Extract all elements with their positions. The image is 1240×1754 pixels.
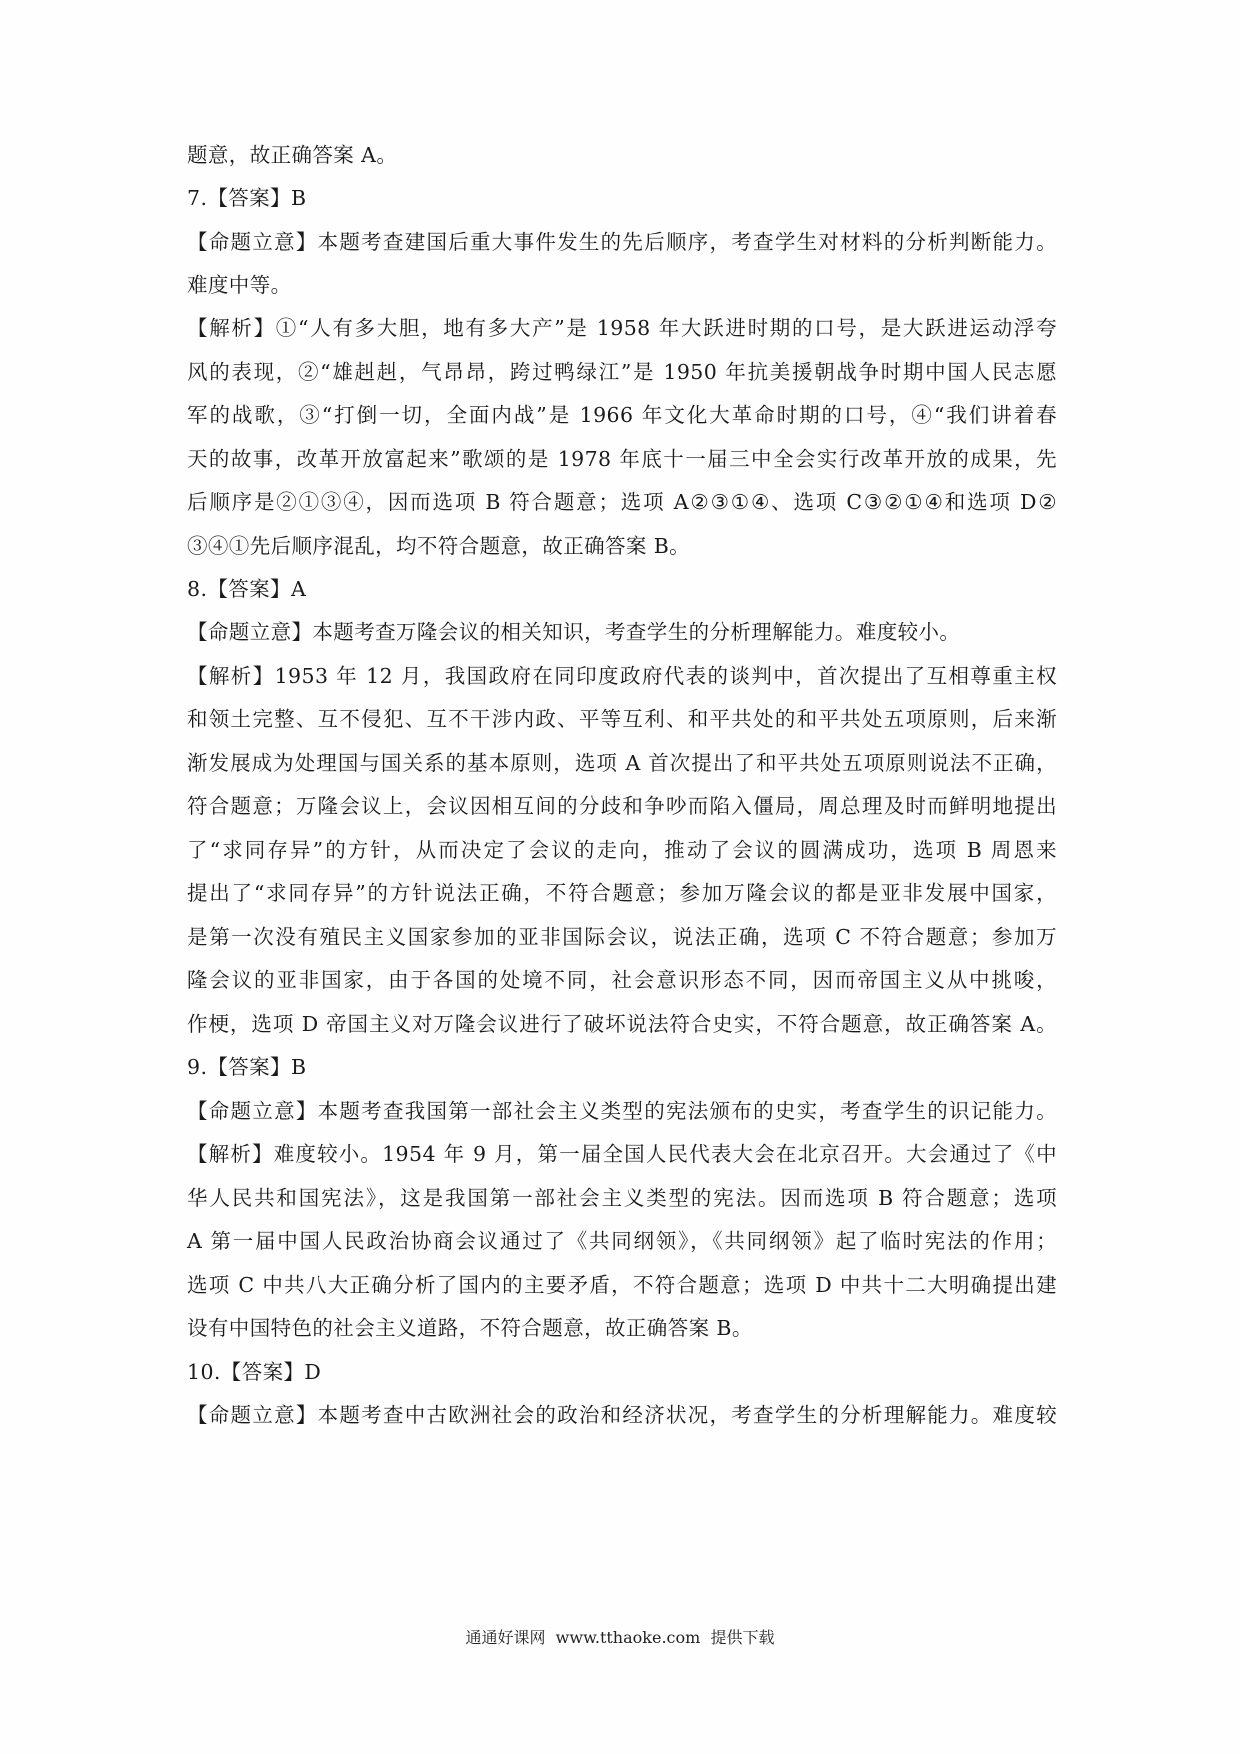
text-line: 【解析】1953 年 12 月，我国政府在同印度政府代表的谈判中，首次提出了互相… [187,661,1057,691]
text-line: 提出了“求同存异”的方针说法正确，不符合题意；参加万隆会议的都是亚非发展中国家， [187,878,1057,908]
text-line: 【命题立意】本题考查中古欧洲社会的政治和经济状况，考查学生的分析理解能力。难度较 [187,1400,1057,1430]
text-line: 天的故事，改革开放富起来”歌颂的是 1978 年底十一届三中全会实行改革开放的成… [187,444,1057,474]
text-line: A 第一届中国人民政治协商会议通过了《共同纲领》，《共同纲领》起了临时宪法的作用… [187,1226,1057,1256]
text-line: 【命题立意】本题考查万隆会议的相关知识，考查学生的分析理解能力。难度较小。 [187,617,1057,647]
text-line: 8.【答案】A [187,574,1057,604]
text-line: 难度中等。 [187,270,1057,300]
text-line: 【命题立意】本题考查我国第一部社会主义类型的宪法颁布的史实，考查学生的识记能力。 [187,1096,1057,1126]
text-line: 华人民共和国宪法》，这是我国第一部社会主义类型的宪法。因而选项 B 符合题意；选… [187,1183,1057,1213]
text-line: 和领土完整、互不侵犯、互不干涉内政、平等互利、和平共处的和平共处五项原则，后来渐 [187,704,1057,734]
document-page: 题意，故正确答案 A。7.【答案】B【命题立意】本题考查建国后重大事件发生的先后… [0,0,1240,1754]
text-line: 【解析】难度较小。1954 年 9 月，第一届全国人民代表大会在北京召开。大会通… [187,1139,1057,1169]
text-line: 隆会议的亚非国家，由于各国的处境不同，社会意识形态不同，因而帝国主义从中挑唆， [187,965,1057,995]
text-line: 选项 C 中共八大正确分析了国内的主要矛盾，不符合题意；选项 D 中共十二大明确… [187,1270,1057,1300]
text-line: 7.【答案】B [187,183,1057,213]
text-line: ③④①先后顺序混乱，均不符合题意，故正确答案 B。 [187,531,1057,561]
text-line: 了“求同存异”的方针，从而决定了会议的走向，推动了会议的圆满成功，选项 B 周恩… [187,835,1057,865]
text-line: 题意，故正确答案 A。 [187,140,1057,170]
text-line: 后顺序是②①③④，因而选项 B 符合题意；选项 A②③①④、选项 C③②①④和选… [187,487,1057,517]
text-line: 9.【答案】B [187,1052,1057,1082]
text-line: 渐发展成为处理国与国关系的基本原则，选项 A 首次提出了和平共处五项原则说法不正… [187,748,1057,778]
text-line: 【解析】①“人有多大胆，地有多大产”是 1958 年大跃进时期的口号，是大跃进运… [187,313,1057,343]
page-footer: 通通好课网 www.tthaoke.com 提供下载 [0,1625,1240,1648]
text-line: 风的表现，②“雄赳赳，气昂昂，跨过鸭绿江”是 1950 年抗美援朝战争时期中国人… [187,357,1057,387]
text-line: 设有中国特色的社会主义道路，不符合题意，故正确答案 B。 [187,1313,1057,1343]
text-line: 军的战歌，③“打倒一切，全面内战”是 1966 年文化大革命时期的口号，④“我们… [187,400,1057,430]
text-line: 10.【答案】D [187,1357,1057,1387]
text-line: 符合题意；万隆会议上，会议因相互间的分歧和争吵而陷入僵局，周总理及时而鲜明地提出 [187,791,1057,821]
text-line: 作梗，选项 D 帝国主义对万隆会议进行了破坏说法符合史实，不符合题意，故正确答案… [187,1009,1057,1039]
text-line: 【命题立意】本题考查建国后重大事件发生的先后顺序，考查学生对材料的分析判断能力。 [187,227,1057,257]
text-line: 是第一次没有殖民主义国家参加的亚非国际会议，说法正确，选项 C 不符合题意；参加… [187,922,1057,952]
